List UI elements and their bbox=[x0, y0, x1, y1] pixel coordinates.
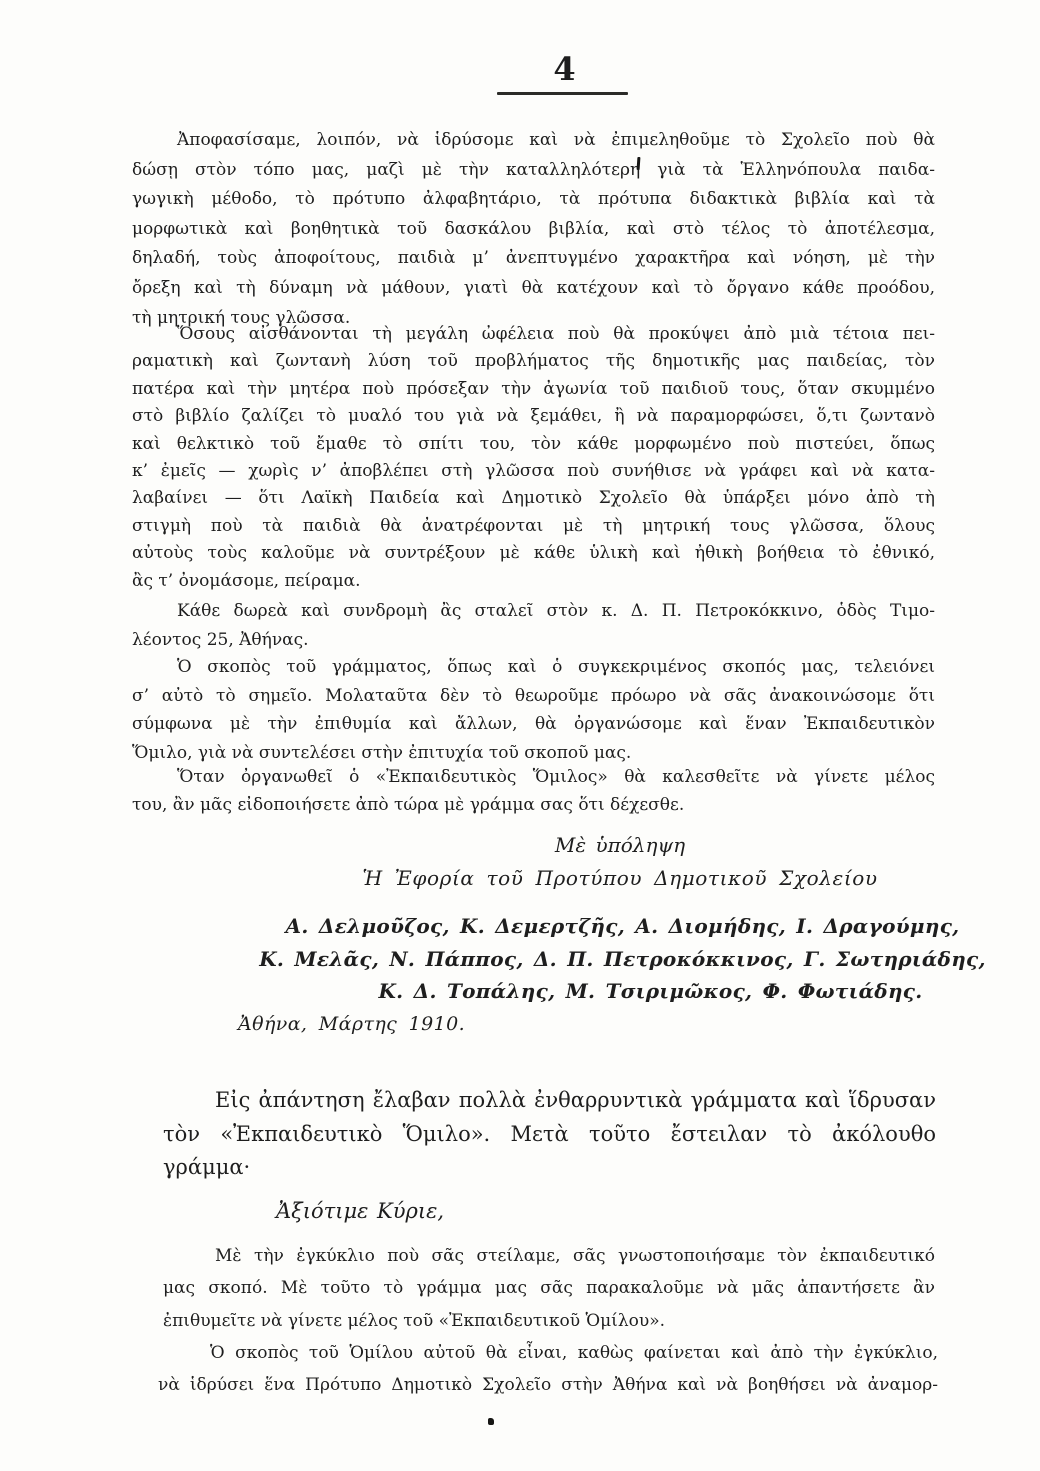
text-line: ραματικὴ καὶ ζωντανὴ λύση τοῦ προβλήματο… bbox=[132, 348, 935, 375]
text-line: νὰ ἱδρύσει ἕνα Πρότυπο Δημοτικὸ Σχολεῖο … bbox=[158, 1369, 938, 1401]
text-line: μορφωτικὰ καὶ βοηθητικὰ τοῦ δασκάλου βιβ… bbox=[132, 215, 935, 245]
signatory-board: Ἡ Ἐφορία τοῦ Προτύπου Δημοτικοῦ Σχολείου bbox=[330, 866, 910, 890]
signature-line: Α. Δελμοῦζος, Κ. Δεμερτζῆς, Α. Διομήδης,… bbox=[180, 914, 1040, 938]
text-line: Ὅταν ὀργανωθεῖ ὁ «Ἐκπαιδευτικὸς Ὅμιλος» … bbox=[132, 764, 935, 792]
text-line: Μὲ τὴν ἐγκύκλιο ποὺ σᾶς στείλαμε, σᾶς γν… bbox=[163, 1240, 935, 1272]
text-line: τὸν «Ἐκπαιδευτικὸ Ὅμιλο». Μετὰ τοῦτο ἔστ… bbox=[163, 1118, 936, 1152]
text-line: γωγικὴ μέθοδο, τὸ πρότυπο ἀλφαβητάριο, τ… bbox=[132, 185, 935, 215]
text-line: αὐτοὺς τοὺς καλοῦμε νὰ συντρέξουν μὲ κάθ… bbox=[132, 540, 935, 567]
text-line: λέοντος 25, Ἀθήνας. bbox=[132, 626, 935, 655]
text-line: σύμφωνα μὲ τὴν ἐπιθυμία καὶ ἄλλων, θὰ ὀρ… bbox=[132, 710, 935, 739]
text-line: σ’ αὐτὸ τὸ σημεῖο. Μολαταῦτα δὲν τὸ θεωρ… bbox=[132, 682, 935, 711]
text-line: δηλαδή, τοὺς ἀποφοίτους, παιδιὰ μ’ ἀνεπτ… bbox=[132, 244, 935, 274]
narrative-paragraph: Εἰς ἀπάντηση ἔλαβαν πολλὰ ἐνθαρρυντικὰ γ… bbox=[163, 1084, 936, 1185]
page-number: 4 bbox=[465, 50, 665, 88]
valediction: Μὲ ὑπόληψη bbox=[420, 833, 820, 857]
ink-speck bbox=[488, 1418, 494, 1425]
paragraph: Ὁ σκοπὸς τοῦ Ὁμίλου αὐτοῦ θὰ εἶναι, καθὼ… bbox=[158, 1337, 938, 1402]
text-line: δώσῃ στὸν τόπο μας, μαζὶ μὲ τὴν καταλληλ… bbox=[132, 156, 935, 186]
scanned-document-page: 4 Ἀποφασίσαμε, λοιπόν, νὰ ἱδρύσομε καὶ ν… bbox=[0, 0, 1040, 1471]
text-line: στιγμὴ ποὺ τὰ παιδιὰ θὰ ἀνατρέφονται μὲ … bbox=[132, 513, 935, 540]
text-line: ἂς τ’ ὀνομάσομε, πείραμα. bbox=[132, 568, 935, 595]
text-line: κ’ ἐμεῖς — χωρὶς ν’ ἀποβλέπει στὴ γλῶσσα… bbox=[132, 458, 935, 485]
paragraph: Κάθε δωρεὰ καὶ συνδρομὴ ἂς σταλεῖ στὸν κ… bbox=[132, 597, 935, 654]
text-line: Ὅσους αἰσθάνονται τὴ μεγάλη ὠφέλεια ποὺ … bbox=[132, 321, 935, 348]
signature-line: Κ. Δ. Τοπάλης, Μ. Τσιριμῶκος, Φ. Φωτιάδη… bbox=[208, 979, 1040, 1003]
text-line: λαβαίνει — ὅτι Λαϊκὴ Παιδεία καὶ Δημοτικ… bbox=[132, 485, 935, 512]
signature-line: Κ. Μελᾶς, Ν. Πάππος, Δ. Π. Πετροκόκκινος… bbox=[180, 947, 1040, 971]
text-line: Ὁ σκοπὸς τοῦ γράμματος, ὅπως καὶ ὁ συγκε… bbox=[132, 653, 935, 682]
text-line: ὄρεξη καὶ τὴ δύναμη νὰ μάθουν, γιατὶ θὰ … bbox=[132, 274, 935, 304]
text-line: Ἀποφασίσαμε, λοιπόν, νὰ ἱδρύσομε καὶ νὰ … bbox=[132, 126, 935, 156]
text-line: στὸ βιβλίο ζαλίζει τὸ μυαλό του γιὰ νὰ ξ… bbox=[132, 403, 935, 430]
letter-salutation: Ἀξιότιμε Κύριε, bbox=[276, 1199, 444, 1223]
page-number-rule bbox=[497, 92, 628, 95]
dateline: Ἀθήνα, Μάρτης 1910. bbox=[238, 1013, 465, 1035]
text-line: Κάθε δωρεὰ καὶ συνδρομὴ ἂς σταλεῖ στὸν κ… bbox=[132, 597, 935, 626]
text-line: ἐπιθυμεῖτε νὰ γίνετε μέλος τοῦ «Ἐκπαιδευ… bbox=[163, 1305, 935, 1337]
text-line: πατέρα καὶ τὴν μητέρα ποὺ πρόσεξαν τὴν ἀ… bbox=[132, 376, 935, 403]
text-line: καὶ θελκτικὸ τοῦ ἔμαθε τὸ σπίτι του, τὸν… bbox=[132, 431, 935, 458]
paragraph: Ἀποφασίσαμε, λοιπόν, νὰ ἱδρύσομε καὶ νὰ … bbox=[132, 126, 935, 333]
text-line: Ὁ σκοπὸς τοῦ Ὁμίλου αὐτοῦ θὰ εἶναι, καθὼ… bbox=[158, 1337, 938, 1369]
text-line: Εἰς ἀπάντηση ἔλαβαν πολλὰ ἐνθαρρυντικὰ γ… bbox=[163, 1084, 936, 1118]
paragraph: Ὅταν ὀργανωθεῖ ὁ «Ἐκπαιδευτικὸς Ὅμιλος» … bbox=[132, 764, 935, 819]
text-line: γράμμα· bbox=[163, 1151, 936, 1185]
paragraph: Μὲ τὴν ἐγκύκλιο ποὺ σᾶς στείλαμε, σᾶς γν… bbox=[163, 1240, 935, 1337]
text-line: του, ἂν μᾶς εἰδοποιήσετε ἀπὸ τώρα μὲ γρά… bbox=[132, 792, 935, 820]
paragraph: Ὁ σκοπὸς τοῦ γράμματος, ὅπως καὶ ὁ συγκε… bbox=[132, 653, 935, 768]
paragraph: Ὅσους αἰσθάνονται τὴ μεγάλη ὠφέλεια ποὺ … bbox=[132, 321, 935, 595]
text-line: μας σκοπό. Μὲ τοῦτο τὸ γράμμα μας σᾶς πα… bbox=[163, 1272, 935, 1304]
